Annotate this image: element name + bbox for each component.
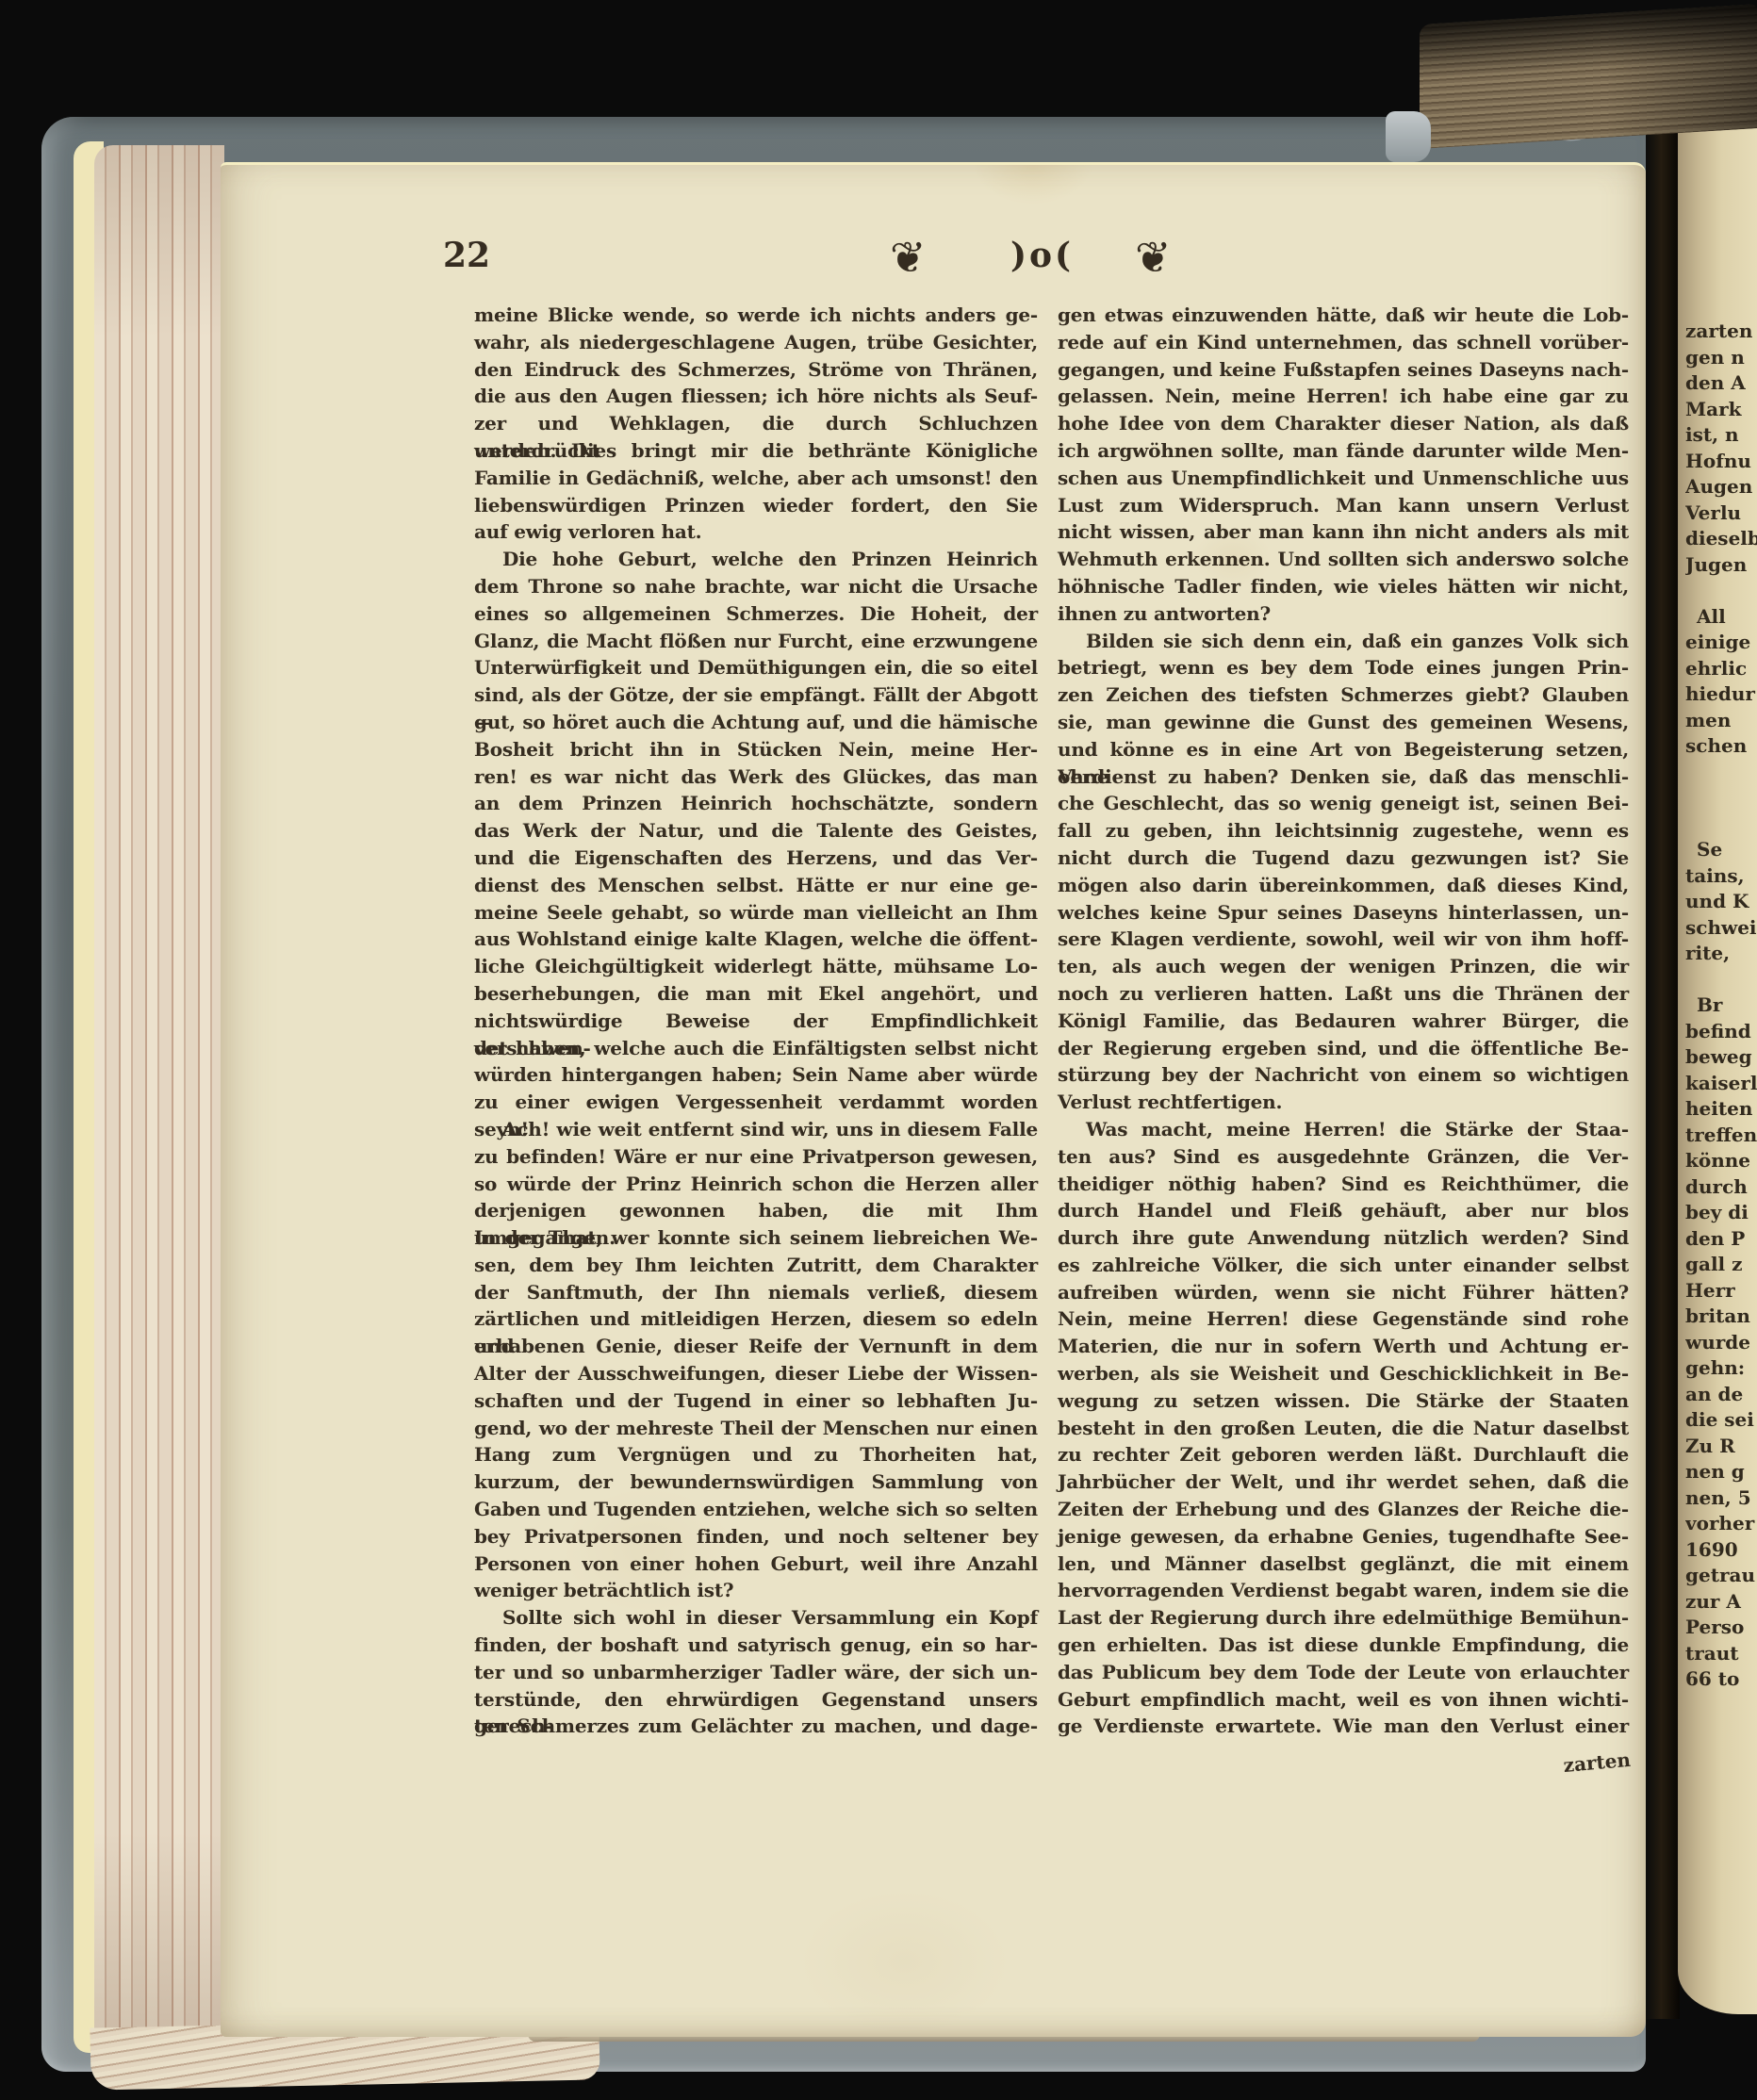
right-page-text-line: heiten	[1685, 1096, 1757, 1123]
text-line: die aus den Augen fliessen; ich höre nic…	[474, 383, 1038, 410]
cover-edge-cap	[1386, 111, 1431, 162]
right-page-text-line: die sei	[1685, 1407, 1757, 1434]
text-line: sind, als der Götze, der sie empfängt. F…	[474, 681, 1038, 709]
text-line: Glanz, die Macht flößen nur Furcht, eine…	[474, 628, 1038, 655]
right-page-text-line: zarten	[1685, 319, 1757, 345]
text-line: mögen also darin übereinkommen, daß dies…	[1058, 872, 1629, 899]
right-page-text-line: Mark	[1685, 397, 1757, 423]
text-line: höhnische Tadler finden, wie vieles hätt…	[1058, 573, 1629, 600]
gutter-shadow	[1646, 130, 1680, 2019]
text-line: sen, dem bey Ihm leichten Zutritt, dem C…	[474, 1252, 1038, 1279]
right-page-text-line: nen, 5	[1685, 1485, 1757, 1512]
text-line: dem Throne so nahe brachte, war nicht di…	[474, 573, 1038, 600]
text-line: stürzung bey der Nachricht von einem so …	[1058, 1061, 1629, 1089]
text-line: terstünde, den ehrwürdigen Gegenstand un…	[474, 1686, 1038, 1714]
right-page-text-line: gen n	[1685, 345, 1757, 371]
right-page-text-line: dieselb	[1685, 526, 1757, 552]
page-stack	[94, 145, 224, 2062]
right-page-text-line: den A	[1685, 370, 1757, 397]
text-line: Ach! wie weit entfernt sind wir, uns in …	[474, 1116, 1038, 1143]
right-page-text-line: befind	[1685, 1019, 1757, 1045]
right-page-text-line: könne	[1685, 1148, 1757, 1174]
text-line: che Geschlecht, das so wenig geneigt ist…	[1058, 790, 1629, 817]
text-line: zen Zeichen des tiefsten Schmerzes giebt…	[1058, 681, 1629, 709]
right-page-text-line: nen g	[1685, 1459, 1757, 1485]
text-line: liche Gleichgültigkeit widerlegt hätte, …	[474, 953, 1038, 980]
right-page-text-line: Br	[1685, 993, 1757, 1019]
text-column-right: gen etwas einzuwenden hätte, daß wir heu…	[1058, 302, 1629, 1740]
text-line: len, und Männer daselbst geglänzt, die m…	[1058, 1550, 1629, 1578]
right-page-text-line: Herr	[1685, 1278, 1757, 1304]
text-line: gut, so höret auch die Achtung auf, und …	[474, 709, 1038, 736]
text-line: det haben, welche auch die Einfältigsten…	[474, 1035, 1038, 1062]
text-line: Die hohe Geburt, welche den Prinzen Hein…	[474, 546, 1038, 573]
text-line: ich argwöhnen sollte, man fände darunter…	[1058, 437, 1629, 465]
right-page-text-line: gehn:	[1685, 1355, 1757, 1382]
text-line: finden, der boshaft und satyrisch genug,…	[474, 1632, 1038, 1659]
text-line: es zahlreiche Völker, die sich unter ein…	[1058, 1252, 1629, 1279]
text-line: das Werk der Natur, und die Talente des …	[474, 817, 1038, 845]
right-page-text-line: einige	[1685, 630, 1757, 656]
right-page-text-line: beweg	[1685, 1044, 1757, 1071]
text-line: Nein, meine Herren! diese Gegenstände si…	[1058, 1305, 1629, 1333]
right-page-text-line: All	[1685, 604, 1757, 631]
right-page-text-line: wurde	[1685, 1330, 1757, 1356]
text-line: welches keine Spur seines Daseyns hinter…	[1058, 899, 1629, 927]
right-page-text-line: und K	[1685, 889, 1757, 915]
text-line: derjenigen gewonnen haben, die mit Ihm u…	[474, 1197, 1038, 1224]
right-page-text-line: treffen	[1685, 1123, 1757, 1149]
text-line: nicht wissen, aber man kann ihn nicht an…	[1058, 518, 1629, 546]
text-line: beserhebungen, die man mit Ekel angehört…	[474, 980, 1038, 1008]
right-page-text-line: bey di	[1685, 1200, 1757, 1226]
right-page-text-line: 66 to	[1685, 1666, 1757, 1693]
text-line: werden. Dies bringt mir die bethränte Kö…	[474, 437, 1038, 465]
text-line: Personen von einer hohen Geburt, weil ih…	[474, 1550, 1038, 1578]
text-line: Königl Familie, das Bedauren wahrer Bürg…	[1058, 1008, 1629, 1035]
text-line: jenige gewesen, da erhabne Genies, tugen…	[1058, 1523, 1629, 1550]
text-line: In der That, wer konnte sich seinem lieb…	[474, 1224, 1038, 1252]
right-page-text-line: Hofnu	[1685, 449, 1757, 475]
text-line: dienst des Menschen selbst. Hätte er nur…	[474, 872, 1038, 899]
text-line: Lust zum Widerspruch. Man kann unsern Ve…	[1058, 492, 1629, 519]
text-line: der Sanftmuth, der Ihn niemals verließ, …	[474, 1279, 1038, 1306]
text-line: besteht in den großen Leuten, die die Na…	[1058, 1415, 1629, 1442]
right-page-text-line: Se	[1685, 837, 1757, 863]
text-column-left: meine Blicke wende, so werde ich nichts …	[474, 302, 1038, 1740]
right-page-text-line: vorher	[1685, 1511, 1757, 1537]
header-divider-mark: )o(	[1010, 236, 1074, 275]
text-line: ter und so unbarmherziger Tadler wäre, d…	[474, 1659, 1038, 1686]
text-line: durch ihre gute Anwendung nützlich werde…	[1058, 1224, 1629, 1252]
right-page-text-line: kaiserl	[1685, 1071, 1757, 1097]
text-line: Zeiten der Erhebung und des Glanzes der …	[1058, 1496, 1629, 1523]
text-line: zu rechter Zeit geboren werden läßt. Dur…	[1058, 1441, 1629, 1468]
text-line: schen aus Unempfindlichkeit und Unmensch…	[1058, 465, 1629, 492]
text-line: noch zu verlieren hatten. Laßt uns die T…	[1058, 980, 1629, 1008]
right-page-text-line: gall z	[1685, 1252, 1757, 1278]
text-line: Bosheit bricht ihn in Stücken Nein, mein…	[474, 736, 1038, 763]
text-line: nichtswürdige Beweise der Empfindlichkei…	[474, 1008, 1038, 1035]
right-page-text-line: tains,	[1685, 863, 1757, 890]
text-line: ten, als auch wegen der wenigen Prinzen,…	[1058, 953, 1629, 980]
text-line: Verlust rechtfertigen.	[1058, 1089, 1629, 1116]
text-line: auf ewig verloren hat.	[474, 518, 1038, 546]
text-line: gend, wo der mehreste Theil der Menschen…	[474, 1415, 1038, 1442]
text-line: ihnen zu antworten?	[1058, 600, 1629, 628]
text-line: meine Blicke wende, so werde ich nichts …	[474, 302, 1038, 329]
fore-edge-stack	[1420, 4, 1757, 149]
text-line: sere Klagen verdiente, sowohl, weil wir …	[1058, 926, 1629, 953]
text-line: zer und Wehklagen, die durch Schluchzen …	[474, 410, 1038, 437]
text-line: Sollte sich wohl in dieser Versammlung e…	[474, 1604, 1038, 1632]
text-line: Gaben und Tugenden entziehen, welche sic…	[474, 1496, 1038, 1523]
text-line: gelassen. Nein, meine Herren! ich habe e…	[1058, 383, 1629, 410]
right-page-blank-line	[1685, 785, 1757, 812]
text-line: Geburt empfindlich macht, weil es von ih…	[1058, 1686, 1629, 1714]
right-page-text-line: schwei	[1685, 915, 1757, 942]
right-page-text-line: hiedur	[1685, 681, 1757, 708]
text-line: werben, als sie Weisheit und Geschicklic…	[1058, 1360, 1629, 1387]
right-page-text-fragments: zartengen nden AMarkist, nHofnuAugenVerl…	[1685, 319, 1757, 1693]
right-page-text-line: durch	[1685, 1174, 1757, 1201]
text-line: den Eindruck des Schmerzes, Ströme von T…	[474, 356, 1038, 384]
fleuron-ornament-icon: ❦	[890, 232, 927, 283]
right-page-text-line: schen	[1685, 733, 1757, 760]
text-line: hervorragenden Verdienst begabt waren, i…	[1058, 1577, 1629, 1604]
right-page-text-line: Augen	[1685, 474, 1757, 500]
text-line: und die Eigenschaften des Herzens, und d…	[474, 845, 1038, 872]
text-line: ren! es war nicht das Werk des Glückes, …	[474, 763, 1038, 791]
text-line: Last der Regierung durch ihre edelmüthig…	[1058, 1604, 1629, 1632]
page-number: 22	[443, 236, 490, 275]
text-line: gegangen, und keine Fußstapfen seines Da…	[1058, 356, 1629, 384]
text-line: würden hintergangen haben; Sein Name abe…	[474, 1061, 1038, 1089]
right-page-text-line: rite,	[1685, 941, 1757, 967]
right-page-text-line: an de	[1685, 1382, 1757, 1408]
text-line: Wehmuth erkennen. Und sollten sich ander…	[1058, 546, 1629, 573]
text-line: betriegt, wenn es bey dem Tode eines jun…	[1058, 654, 1629, 681]
right-page-text-line: 1690	[1685, 1537, 1757, 1564]
right-page-blank-line	[1685, 812, 1757, 838]
fleuron-ornament-icon: ❦	[1135, 232, 1172, 283]
text-line: der Regierung ergeben sind, und die öffe…	[1058, 1035, 1629, 1062]
text-line: Verdienst zu haben? Denken sie, daß das …	[1058, 763, 1629, 791]
text-line: zu einer ewigen Vergessenheit verdammt w…	[474, 1089, 1038, 1116]
right-page-text-line: getrau	[1685, 1563, 1757, 1589]
right-page-text-line: Perso	[1685, 1615, 1757, 1641]
text-line: Materien, die nur in sofern Werth und Ac…	[1058, 1333, 1629, 1360]
text-line: gen etwas einzuwenden hätte, daß wir heu…	[1058, 302, 1629, 329]
text-line: durch Handel und Fleiß gehäuft, aber nur…	[1058, 1197, 1629, 1224]
text-line: wegung zu setzen wissen. Die Stärke der …	[1058, 1387, 1629, 1415]
text-line: so würde der Prinz Heinrich schon die He…	[474, 1171, 1038, 1198]
text-line: zärtlichen und mitleidigen Herzen, diese…	[474, 1305, 1038, 1333]
right-page-text-line: men	[1685, 708, 1757, 734]
right-page-text-line: den P	[1685, 1226, 1757, 1253]
text-line: hohe Idee von dem Charakter dieser Natio…	[1058, 410, 1629, 437]
text-line: schaften und der Tugend in einer so lebh…	[474, 1387, 1038, 1415]
text-line: bey Privatpersonen finden, und noch selt…	[474, 1523, 1038, 1550]
text-line: eines so allgemeinen Schmerzes. Die Hohe…	[474, 600, 1038, 628]
text-line: weniger beträchtlich ist?	[474, 1577, 1038, 1604]
text-line: Bilden sie sich denn ein, daß ein ganzes…	[1058, 628, 1629, 655]
text-line: aufreiben würden, wenn sie nicht Führer …	[1058, 1279, 1629, 1306]
text-line: Jahrbücher der Welt, und ihr werdet sehe…	[1058, 1468, 1629, 1496]
text-line: ge Verdienste erwartete. Wie man den Ver…	[1058, 1713, 1629, 1740]
text-line: gen erhielten. Das ist diese dunkle Empf…	[1058, 1632, 1629, 1659]
right-page-text-line: Verlu	[1685, 500, 1757, 527]
right-page-text-line: Jugen	[1685, 552, 1757, 579]
text-line: an dem Prinzen Heinrich hochschätzte, so…	[474, 790, 1038, 817]
text-line: ten Schmerzes zum Gelächter zu machen, u…	[474, 1713, 1038, 1740]
right-page-blank-line	[1685, 760, 1757, 786]
text-line: Unterwürfigkeit und Demüthigungen ein, d…	[474, 654, 1038, 681]
right-page-blank-line	[1685, 967, 1757, 993]
text-line: sie, man gewinne die Gunst des gemeinen …	[1058, 709, 1629, 736]
right-page-text-line: ehrlic	[1685, 656, 1757, 682]
text-line: Hang zum Vergnügen und zu Thorheiten hat…	[474, 1441, 1038, 1468]
text-line: ten aus? Sind es ausgedehnte Gränzen, di…	[1058, 1143, 1629, 1171]
text-line: und könne es in eine Art von Begeisterun…	[1058, 736, 1629, 763]
text-line: kurzum, der bewundernswürdigen Sammlung …	[474, 1468, 1038, 1496]
text-line: wahr, als niedergeschlagene Augen, trübe…	[474, 329, 1038, 356]
text-line: theidiger nöthig haben? Sind es Reichthü…	[1058, 1171, 1629, 1198]
text-line: rede auf ein Kind unternehmen, das schne…	[1058, 329, 1629, 356]
right-page-text-line: traut	[1685, 1641, 1757, 1667]
text-line: zu befinden! Wäre er nur eine Privatpers…	[474, 1143, 1038, 1171]
text-line: erhabenen Genie, dieser Reife der Vernun…	[474, 1333, 1038, 1360]
right-page-text-line: zur A	[1685, 1589, 1757, 1616]
text-line: Familie in Gedächniß, welche, aber ach u…	[474, 465, 1038, 492]
text-line: meine Seele gehabt, so würde man viellei…	[474, 899, 1038, 927]
right-page-text-line: ist, n	[1685, 422, 1757, 449]
text-line: liebenswürdigen Prinzen wieder fordert, …	[474, 492, 1038, 519]
right-page-blank-line	[1685, 578, 1757, 604]
text-line: Alter der Ausschweifungen, dieser Liebe …	[474, 1360, 1038, 1387]
text-line: Was macht, meine Herren! die Stärke der …	[1058, 1116, 1629, 1143]
right-page-text-line: britan	[1685, 1304, 1757, 1330]
text-line: das Publicum bey dem Tode der Leute von …	[1058, 1659, 1629, 1686]
text-line: fall zu geben, ihn leichtsinnig zugesteh…	[1058, 817, 1629, 845]
text-line: nicht durch die Tugend dazu gezwungen is…	[1058, 845, 1629, 872]
text-line: aus Wohlstand einige kalte Klagen, welch…	[474, 926, 1038, 953]
right-page-text-line: Zu R	[1685, 1434, 1757, 1460]
